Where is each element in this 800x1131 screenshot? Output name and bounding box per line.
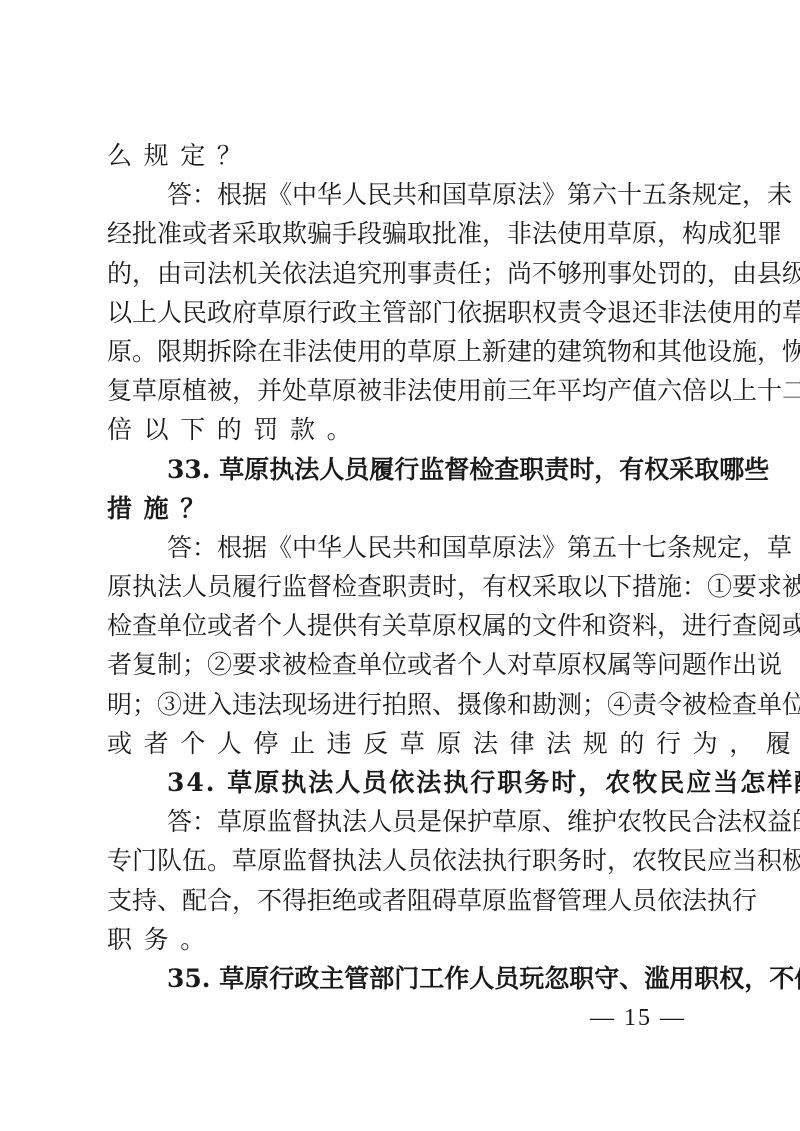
answer-33-line-5: 明；③进入违法现场进行拍照、摄像和勘测；④责令被检查单位 — [107, 685, 697, 724]
answer-32-line-4: 以上人民政府草原行政主管部门依据职权责令退还非法使用的草 — [107, 293, 697, 332]
question-34: 34. 草原执法人员依法执行职务时，农牧民应当怎样配合？ — [107, 763, 697, 802]
answer-34-line-2: 专门队伍。草原监督执法人员依法执行职务时，农牧民应当积极 — [107, 841, 697, 880]
answer-34-line-3: 支持、配合，不得拒绝或者阻碍草原监督管理人员依法执行 — [107, 881, 697, 920]
answer-32-line-3: 的，由司法机关依法追究刑事责任；尚不够刑事处罚的，由县级 — [107, 254, 697, 293]
answer-33-line-6: 或者个人停止违反草原法律法规的行为，履行法定义务。 — [107, 724, 697, 763]
answer-32-line-2: 经批准或者采取欺骗手段骗取批准，非法使用草原，构成犯罪 — [107, 214, 697, 253]
answer-33-line-4: 者复制；②要求被检查单位或者个人对草原权属等问题作出说 — [107, 645, 697, 684]
page-number: — 15 — — [0, 1005, 686, 1032]
answer-33-line-2: 原执法人员履行监督检查职责时，有权采取以下措施：①要求被 — [107, 567, 697, 606]
question-32-continuation: 么规定？ — [107, 136, 697, 175]
answer-32-line-7: 倍以下的罚款。 — [107, 410, 697, 449]
answer-33-line-3: 检查单位或者个人提供有关草原权属的文件和资料，进行查阅或 — [107, 606, 697, 645]
answer-32-line-6: 复草原植被，并处草原被非法使用前三年平均产值六倍以上十二 — [107, 371, 697, 410]
question-35-line-1: 35. 草原行政主管部门工作人员玩忽职守、滥用职权，不依 — [107, 959, 697, 998]
answer-32-line-5: 原。限期拆除在非法使用的草原上新建的建筑物和其他设施，恢 — [107, 332, 697, 371]
question-33-line-1: 33. 草原执法人员履行监督检查职责时，有权采取哪些 — [107, 450, 697, 489]
answer-34-line-4: 职务。 — [107, 920, 697, 959]
answer-34-line-1: 答：草原监督执法人员是保护草原、维护农牧民合法权益的 — [107, 802, 697, 841]
document-body: 么规定？ 答：根据《中华人民共和国草原法》第六十五条规定，未 经批准或者采取欺骗… — [107, 136, 697, 998]
question-33-line-2: 措施？ — [107, 489, 697, 528]
answer-33-line-1: 答：根据《中华人民共和国草原法》第五十七条规定，草 — [107, 528, 697, 567]
answer-32-line-1: 答：根据《中华人民共和国草原法》第六十五条规定，未 — [107, 175, 697, 214]
